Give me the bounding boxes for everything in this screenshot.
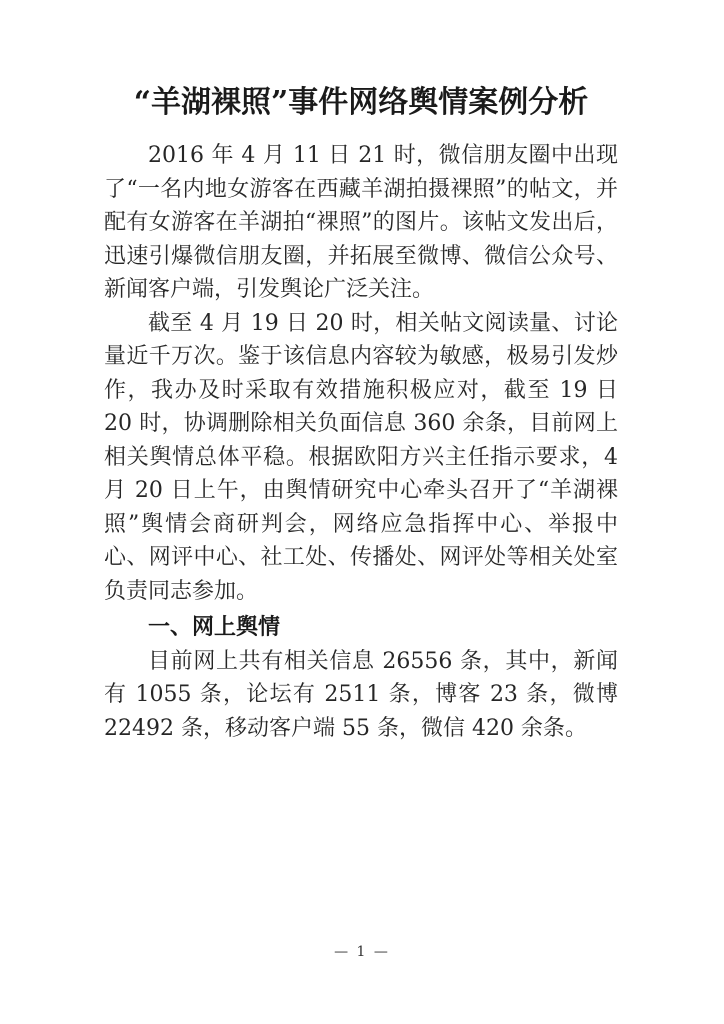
- document-content: “羊湖裸照”事件网络舆情案例分析 2016 年 4 月 11 日 21 时，微信…: [104, 84, 618, 745]
- document-title: “羊湖裸照”事件网络舆情案例分析: [104, 84, 618, 122]
- document-page: “羊湖裸照”事件网络舆情案例分析 2016 年 4 月 11 日 21 时，微信…: [0, 0, 724, 1024]
- section-heading-online-opinion: 一、网上舆情: [104, 611, 618, 645]
- paragraph-statistics: 目前网上共有相关信息 26556 条，其中，新闻有 1055 条，论坛有 251…: [104, 645, 618, 746]
- paragraph-response-measures: 截至 4 月 19 日 20 时，相关帖文阅读量、讨论量近千万次。鉴于该信息内容…: [104, 307, 618, 609]
- paragraph-incident-origin: 2016 年 4 月 11 日 21 时，微信朋友圈中出现了“一名内地女游客在西…: [104, 139, 618, 307]
- page-number: — 1 —: [0, 944, 724, 960]
